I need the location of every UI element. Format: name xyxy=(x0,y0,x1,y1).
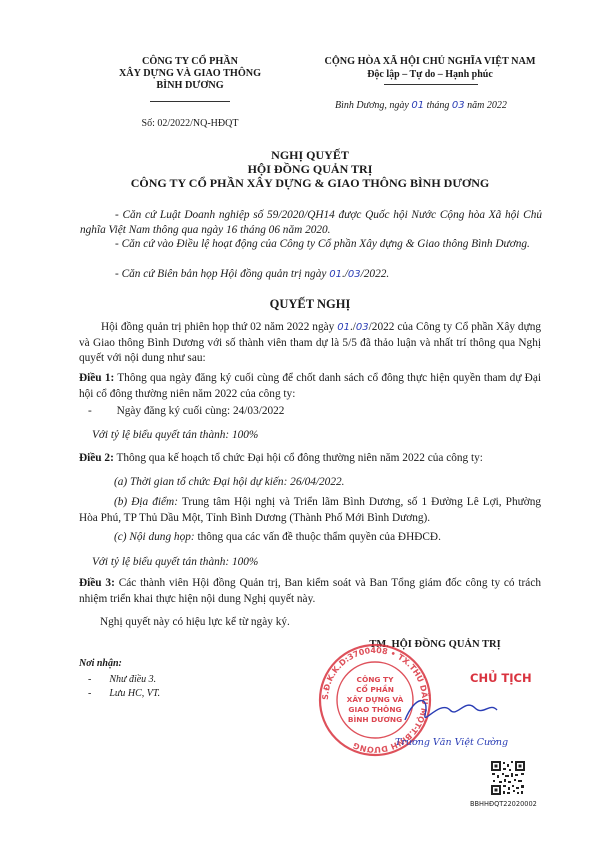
date-prefix: Bình Dương, ngày xyxy=(335,100,409,111)
signature-position: CHỦ TỊCH xyxy=(470,671,532,685)
article-1-bullet-text: Ngày đăng ký cuối cùng: 24/03/2022 xyxy=(117,405,285,417)
company-line-3: BÌNH DƯƠNG xyxy=(90,80,290,92)
effective-clause: Nghị quyết này có hiệu lực kể từ ngày ký… xyxy=(100,615,290,629)
issue-date: Bình Dương, ngày 01 tháng 03 năm 2022 xyxy=(335,100,565,111)
motto: Độc lập – Tự do – Hạnh phúc xyxy=(300,69,560,80)
recipient-1: Như điều 3. xyxy=(109,674,156,685)
intro-prefix: Hội đồng quản trị phiên họp thứ 02 năm 2… xyxy=(101,321,334,333)
qr-code-label: BBHHĐQT22020002 xyxy=(470,800,537,808)
svg-text:CÔNG TY: CÔNG TY xyxy=(357,675,395,684)
intro-month: 03 xyxy=(356,322,369,333)
signature-scribble-icon xyxy=(395,690,505,730)
recipient-2: Lưu HC, VT. xyxy=(109,688,160,699)
article-2-item-a: (a) Thời gian tổ chức Đại hội dự kiến: 2… xyxy=(114,475,344,489)
article-3-label: Điều 3: xyxy=(79,577,115,589)
recipient-item: -Lưu HC, VT. xyxy=(88,687,160,701)
section-title: QUYẾT NGHỊ xyxy=(60,297,560,312)
preamble-item-1: - Căn cứ Luật Doanh nghiệp số 59/2020/QH… xyxy=(80,208,542,237)
preamble-3-month: 03 xyxy=(348,269,361,280)
date-year: năm 2022 xyxy=(467,100,507,111)
date-month-handwritten: 03 xyxy=(452,100,465,111)
svg-text:GIAO THÔNG: GIAO THÔNG xyxy=(348,705,401,714)
preamble-3-suffix: /2022. xyxy=(361,268,390,280)
preamble-3-day: 01 xyxy=(329,269,342,280)
qr-code-icon xyxy=(490,760,526,796)
company-line-1: CÔNG TY CỔ PHẦN xyxy=(90,56,290,68)
date-month-label: tháng xyxy=(427,100,450,111)
recipients-title: Nơi nhận: xyxy=(79,658,122,669)
document-number: Số: 02/2022/NQ-HĐQT xyxy=(90,118,290,129)
preamble-item-3: - Căn cứ Biên bản họp Hội đồng quản trị … xyxy=(80,267,542,283)
document-title: NGHỊ QUYẾT HỘI ĐỒNG QUẢN TRỊ CÔNG TY CỔ … xyxy=(60,148,560,190)
title-line-3: CÔNG TY CỔ PHẦN XÂY DỰNG & GIAO THÔNG BÌ… xyxy=(60,176,560,190)
article-1-vote: Với tỷ lệ biểu quyết tán thành: 100% xyxy=(92,428,258,442)
item-b-label: (b) Địa điểm: xyxy=(114,496,178,508)
company-underline xyxy=(150,101,230,102)
article-2-item-c: (c) Nội dung họp: thông qua các vấn đề t… xyxy=(114,530,441,544)
item-c-text: thông qua các vấn đề thuộc thẩm quyền củ… xyxy=(197,531,440,543)
company-name: CÔNG TY CỔ PHẦN XÂY DỰNG VÀ GIAO THÔNG B… xyxy=(90,56,290,92)
article-2-label: Điều 2: xyxy=(79,452,114,464)
nation-line: CỘNG HÒA XÃ HỘI CHỦ NGHĨA VIỆT NAM xyxy=(300,56,560,68)
article-1-label: Điều 1: xyxy=(79,372,114,384)
preamble-item-2: - Căn cứ vào Điều lệ hoạt động của Công … xyxy=(80,237,542,252)
article-2-item-b: (b) Địa điểm: Trung tâm Hội nghị và Triể… xyxy=(79,495,541,526)
signer-name-handwritten: Trương Văn Việt Cường xyxy=(395,737,508,748)
article-1: Điều 1: Thông qua ngày đăng ký cuối cùng… xyxy=(79,371,541,402)
article-3-text: Các thành viên Hội đồng Quản trị, Ban ki… xyxy=(79,577,541,605)
intro-paragraph: Hội đồng quản trị phiên họp thứ 02 năm 2… xyxy=(79,320,541,367)
intro-day: 01 xyxy=(337,322,350,333)
article-3: Điều 3: Các thành viên Hội đồng Quản trị… xyxy=(79,576,541,607)
article-2-text: Thông qua kế hoạch tổ chức Đại hội cổ đô… xyxy=(116,452,482,464)
svg-text:CỔ PHẦN: CỔ PHẦN xyxy=(356,684,394,694)
article-2-vote: Với tỷ lệ biểu quyết tán thành: 100% xyxy=(92,555,258,569)
recipient-item: -Như điều 3. xyxy=(88,673,160,687)
preamble-3-prefix: - Căn cứ Biên bản họp Hội đồng quản trị … xyxy=(115,268,326,280)
article-1-text: Thông qua ngày đăng ký cuối cùng để chốt… xyxy=(79,372,541,400)
motto-underline xyxy=(384,84,478,85)
article-2: Điều 2: Thông qua kế hoạch tổ chức Đại h… xyxy=(79,451,541,467)
dash-bullet: - xyxy=(88,405,92,417)
item-c-label: (c) Nội dung họp: xyxy=(114,531,195,543)
company-line-2: XÂY DỰNG VÀ GIAO THÔNG xyxy=(90,68,290,80)
date-day-handwritten: 01 xyxy=(411,100,424,111)
recipients-list: -Như điều 3. -Lưu HC, VT. xyxy=(88,673,160,701)
article-1-bullet: - Ngày đăng ký cuối cùng: 24/03/2022 xyxy=(88,404,284,418)
title-line-1: NGHỊ QUYẾT xyxy=(60,148,560,162)
title-line-2: HỘI ĐỒNG QUẢN TRỊ xyxy=(60,162,560,176)
